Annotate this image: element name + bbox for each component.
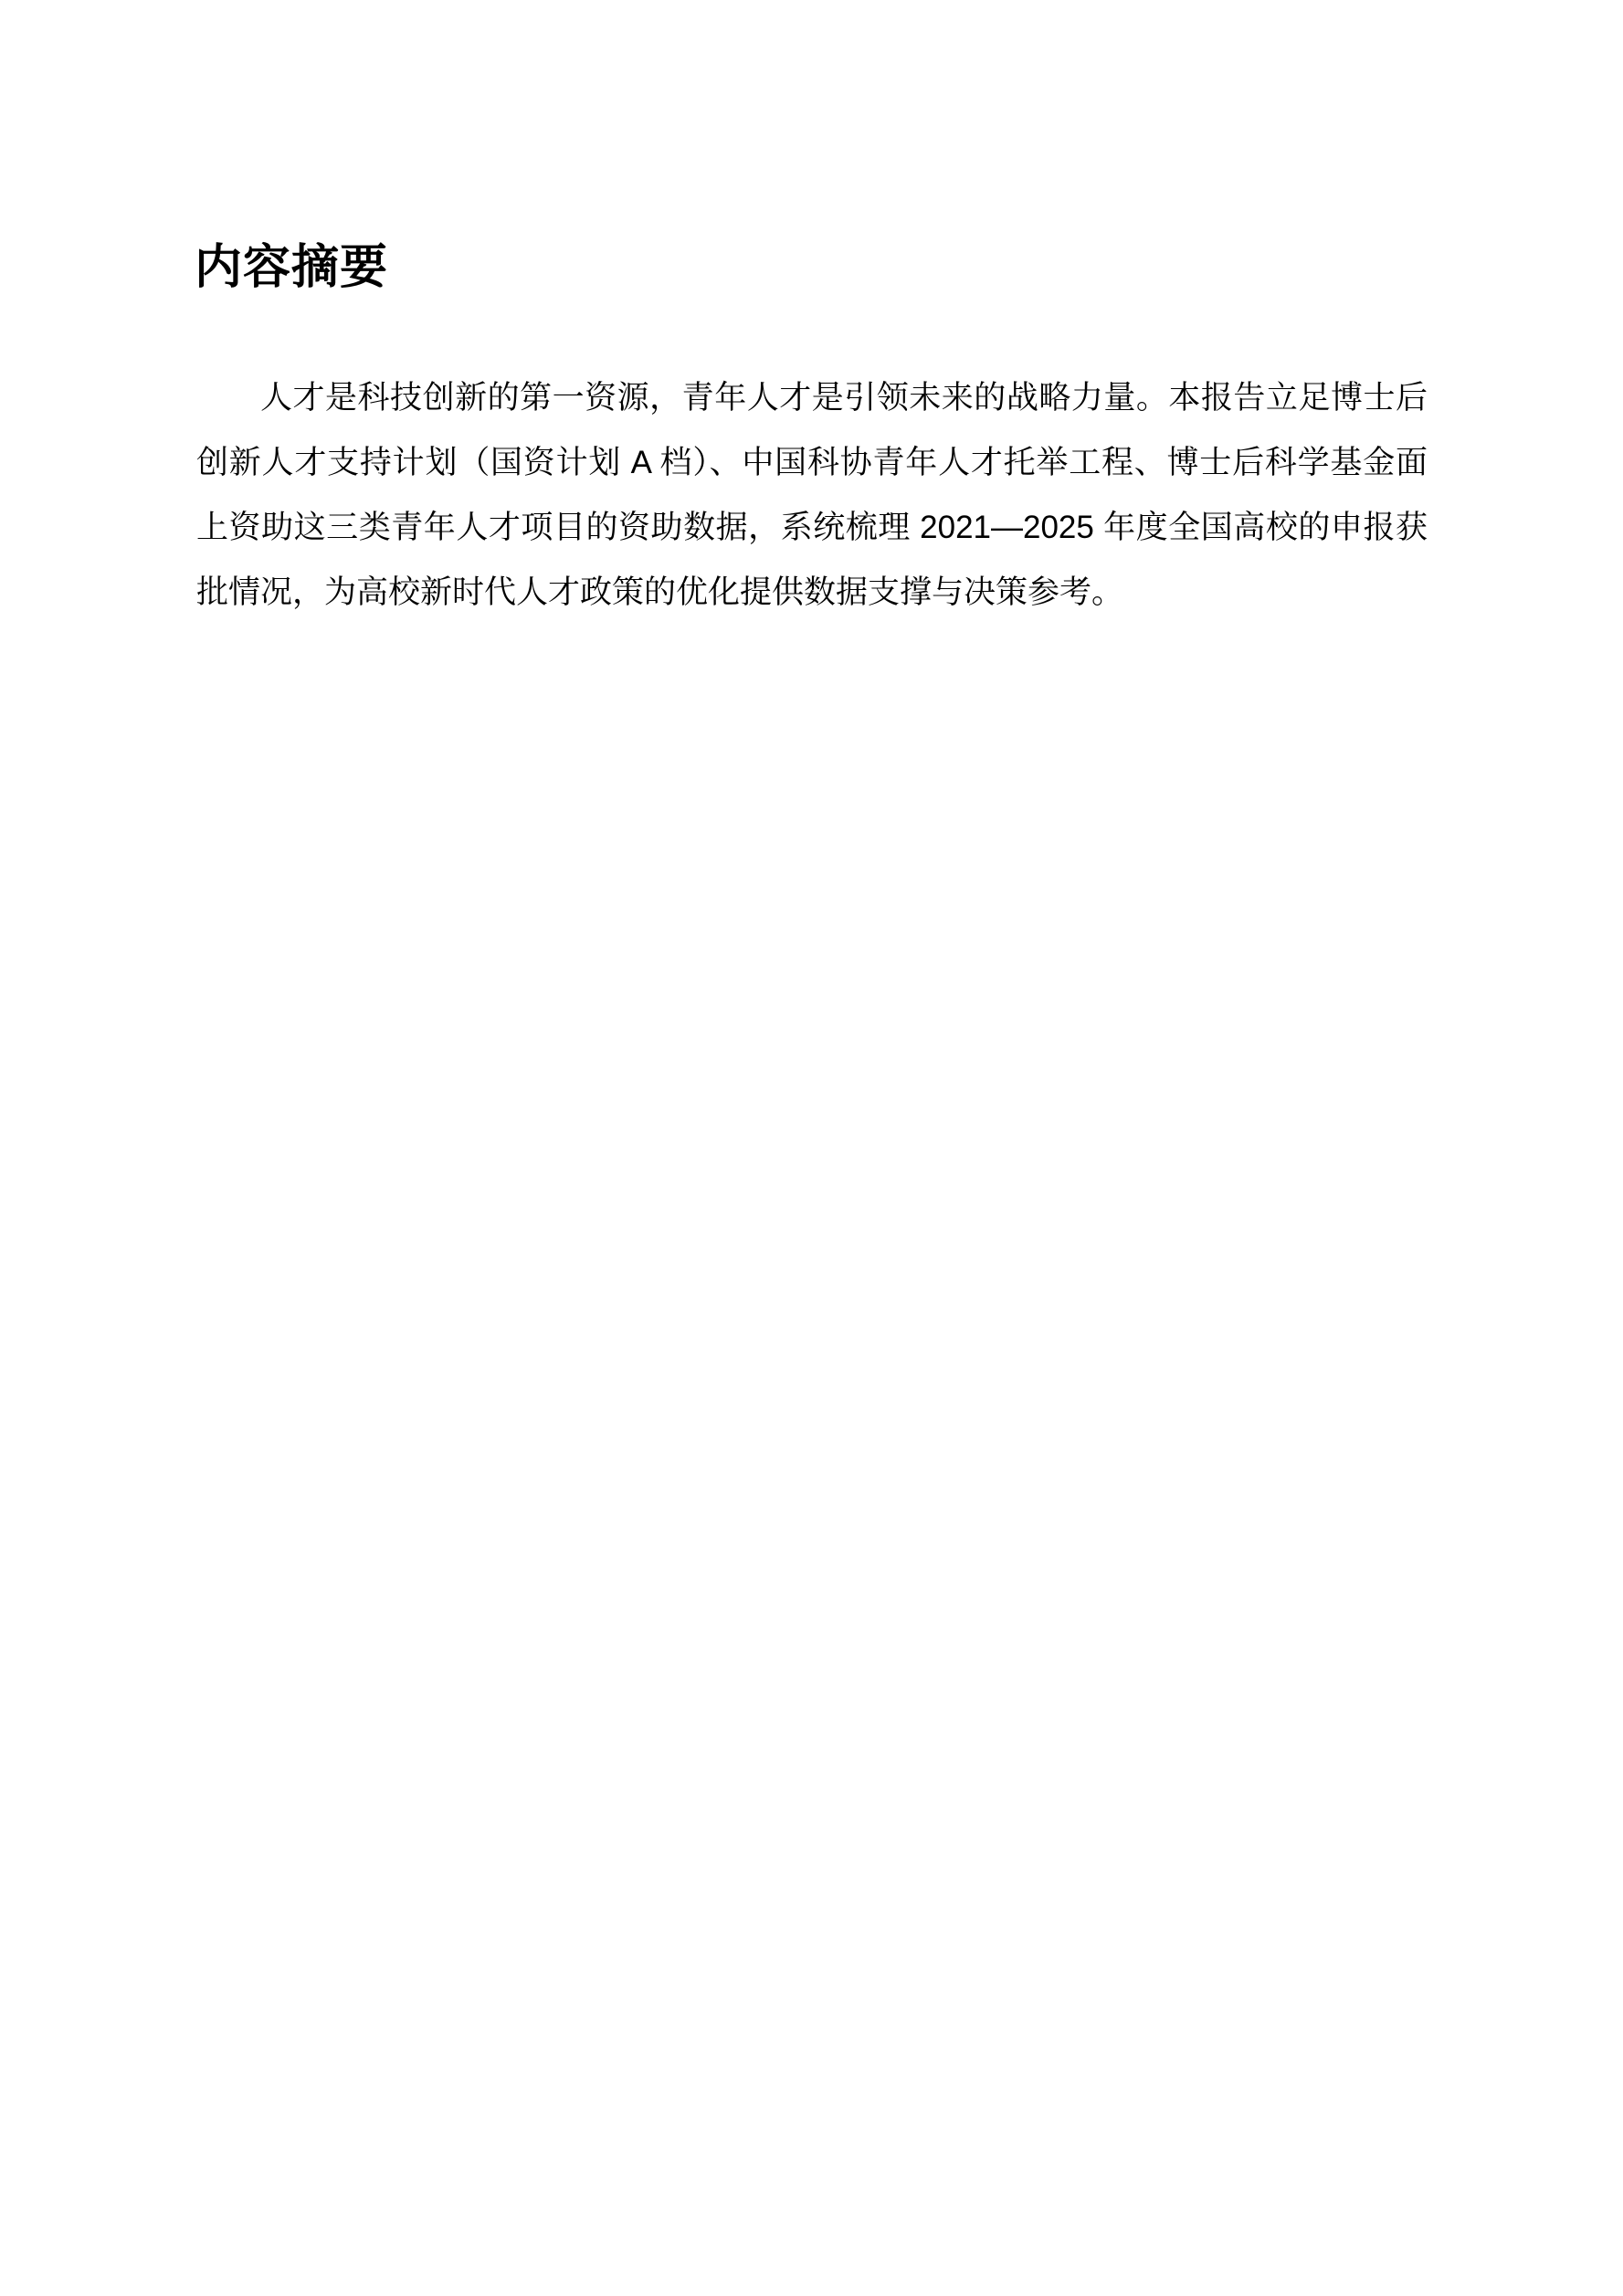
abstract-paragraph: 人才是科技创新的第一资源，青年人才是引领未来的战略力量。本报告立足博士后 创新人…: [196, 365, 1428, 625]
paragraph-line-3: 上资助这三类青年人才项目的资助数据，系统梳理 2021—2025 年度全国高校的…: [196, 495, 1428, 560]
paragraph-line-2: 创新人才支持计划（国资计划 A 档）、中国科协青年人才托举工程、博士后科学基金面: [196, 430, 1428, 495]
document-page: 内容摘要 人才是科技创新的第一资源，青年人才是引领未来的战略力量。本报告立足博士…: [0, 0, 1623, 2296]
page-title: 内容摘要: [195, 239, 388, 296]
paragraph-line-1: 人才是科技创新的第一资源，青年人才是引领未来的战略力量。本报告立足博士后: [196, 365, 1428, 430]
paragraph-line-4: 批情况，为高校新时代人才政策的优化提供数据支撑与决策参考。: [196, 560, 1428, 625]
